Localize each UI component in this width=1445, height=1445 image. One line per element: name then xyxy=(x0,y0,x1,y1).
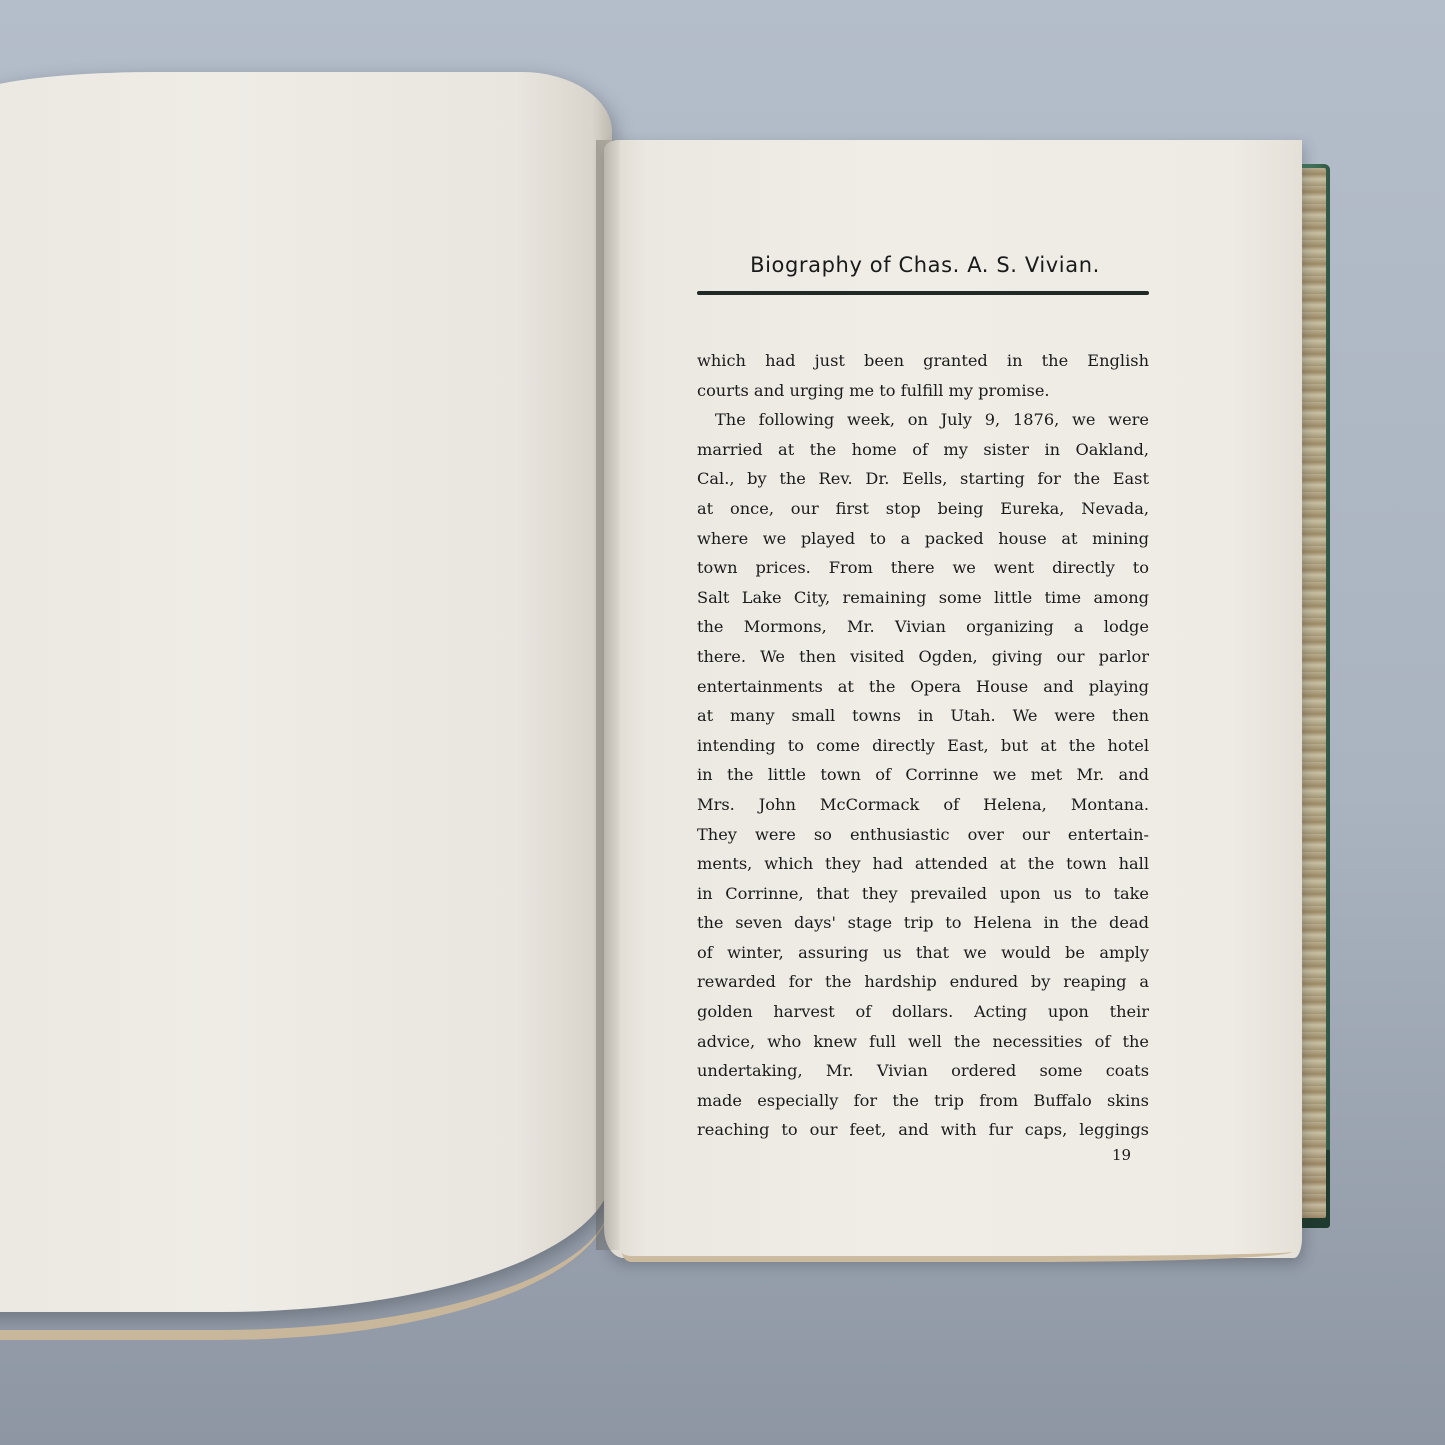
text-line: ments, which they had attended at the to… xyxy=(697,849,1149,879)
text-line: Salt Lake City, remaining some little ti… xyxy=(697,583,1149,613)
text-line: They were so enthusiastic over our enter… xyxy=(697,820,1149,850)
text-line: courts and urging me to fulfill my promi… xyxy=(697,376,1149,406)
text-line: entertainments at the Opera House and pl… xyxy=(697,672,1149,702)
right-page-bottom-edge xyxy=(622,1236,1292,1262)
page-number: 19 xyxy=(1112,1146,1131,1164)
open-book-photo: Biography of Chas. A. S. Vivian. which h… xyxy=(0,0,1445,1445)
text-line: at many small towns in Utah. We were the… xyxy=(697,701,1149,731)
text-line: Cal., by the Rev. Dr. Eells, starting fo… xyxy=(697,464,1149,494)
text-line: made especially for the trip from Buffal… xyxy=(697,1086,1149,1116)
text-line: of winter, assuring us that we would be … xyxy=(697,938,1149,968)
text-line: in the little town of Corrinne we met Mr… xyxy=(697,760,1149,790)
text-line: there. We then visited Ogden, giving our… xyxy=(697,642,1149,672)
text-line: at once, our first stop being Eureka, Ne… xyxy=(697,494,1149,524)
deckle-page-edges xyxy=(1300,168,1326,1218)
text-line: rewarded for the hardship endured by rea… xyxy=(697,967,1149,997)
page-body-text: which had just been granted in the Engli… xyxy=(697,346,1149,1145)
text-line: golden harvest of dollars. Acting upon t… xyxy=(697,997,1149,1027)
text-line: undertaking, Mr. Vivian ordered some coa… xyxy=(697,1056,1149,1086)
text-line: The following week, on July 9, 1876, we … xyxy=(697,405,1149,435)
text-line: the seven days' stage trip to Helena in … xyxy=(697,908,1149,938)
text-line: married at the home of my sister in Oakl… xyxy=(697,435,1149,465)
text-line: town prices. From there we went directly… xyxy=(697,553,1149,583)
text-line: which had just been granted in the Engli… xyxy=(697,346,1149,376)
text-line: Mrs. John McCormack of Helena, Montana. xyxy=(697,790,1149,820)
text-line: in Corrinne, that they prevailed upon us… xyxy=(697,879,1149,909)
running-head: Biography of Chas. A. S. Vivian. xyxy=(700,253,1150,277)
left-page-blank xyxy=(0,72,612,1312)
book-gutter-shadow xyxy=(596,140,620,1250)
text-line: where we played to a packed house at min… xyxy=(697,524,1149,554)
head-rule-divider xyxy=(697,291,1149,295)
text-line: advice, who knew full well the necessiti… xyxy=(697,1027,1149,1057)
text-line: intending to come directly East, but at … xyxy=(697,731,1149,761)
text-line: reaching to our feet, and with fur caps,… xyxy=(697,1115,1149,1145)
text-line: the Mormons, Mr. Vivian organizing a lod… xyxy=(697,612,1149,642)
